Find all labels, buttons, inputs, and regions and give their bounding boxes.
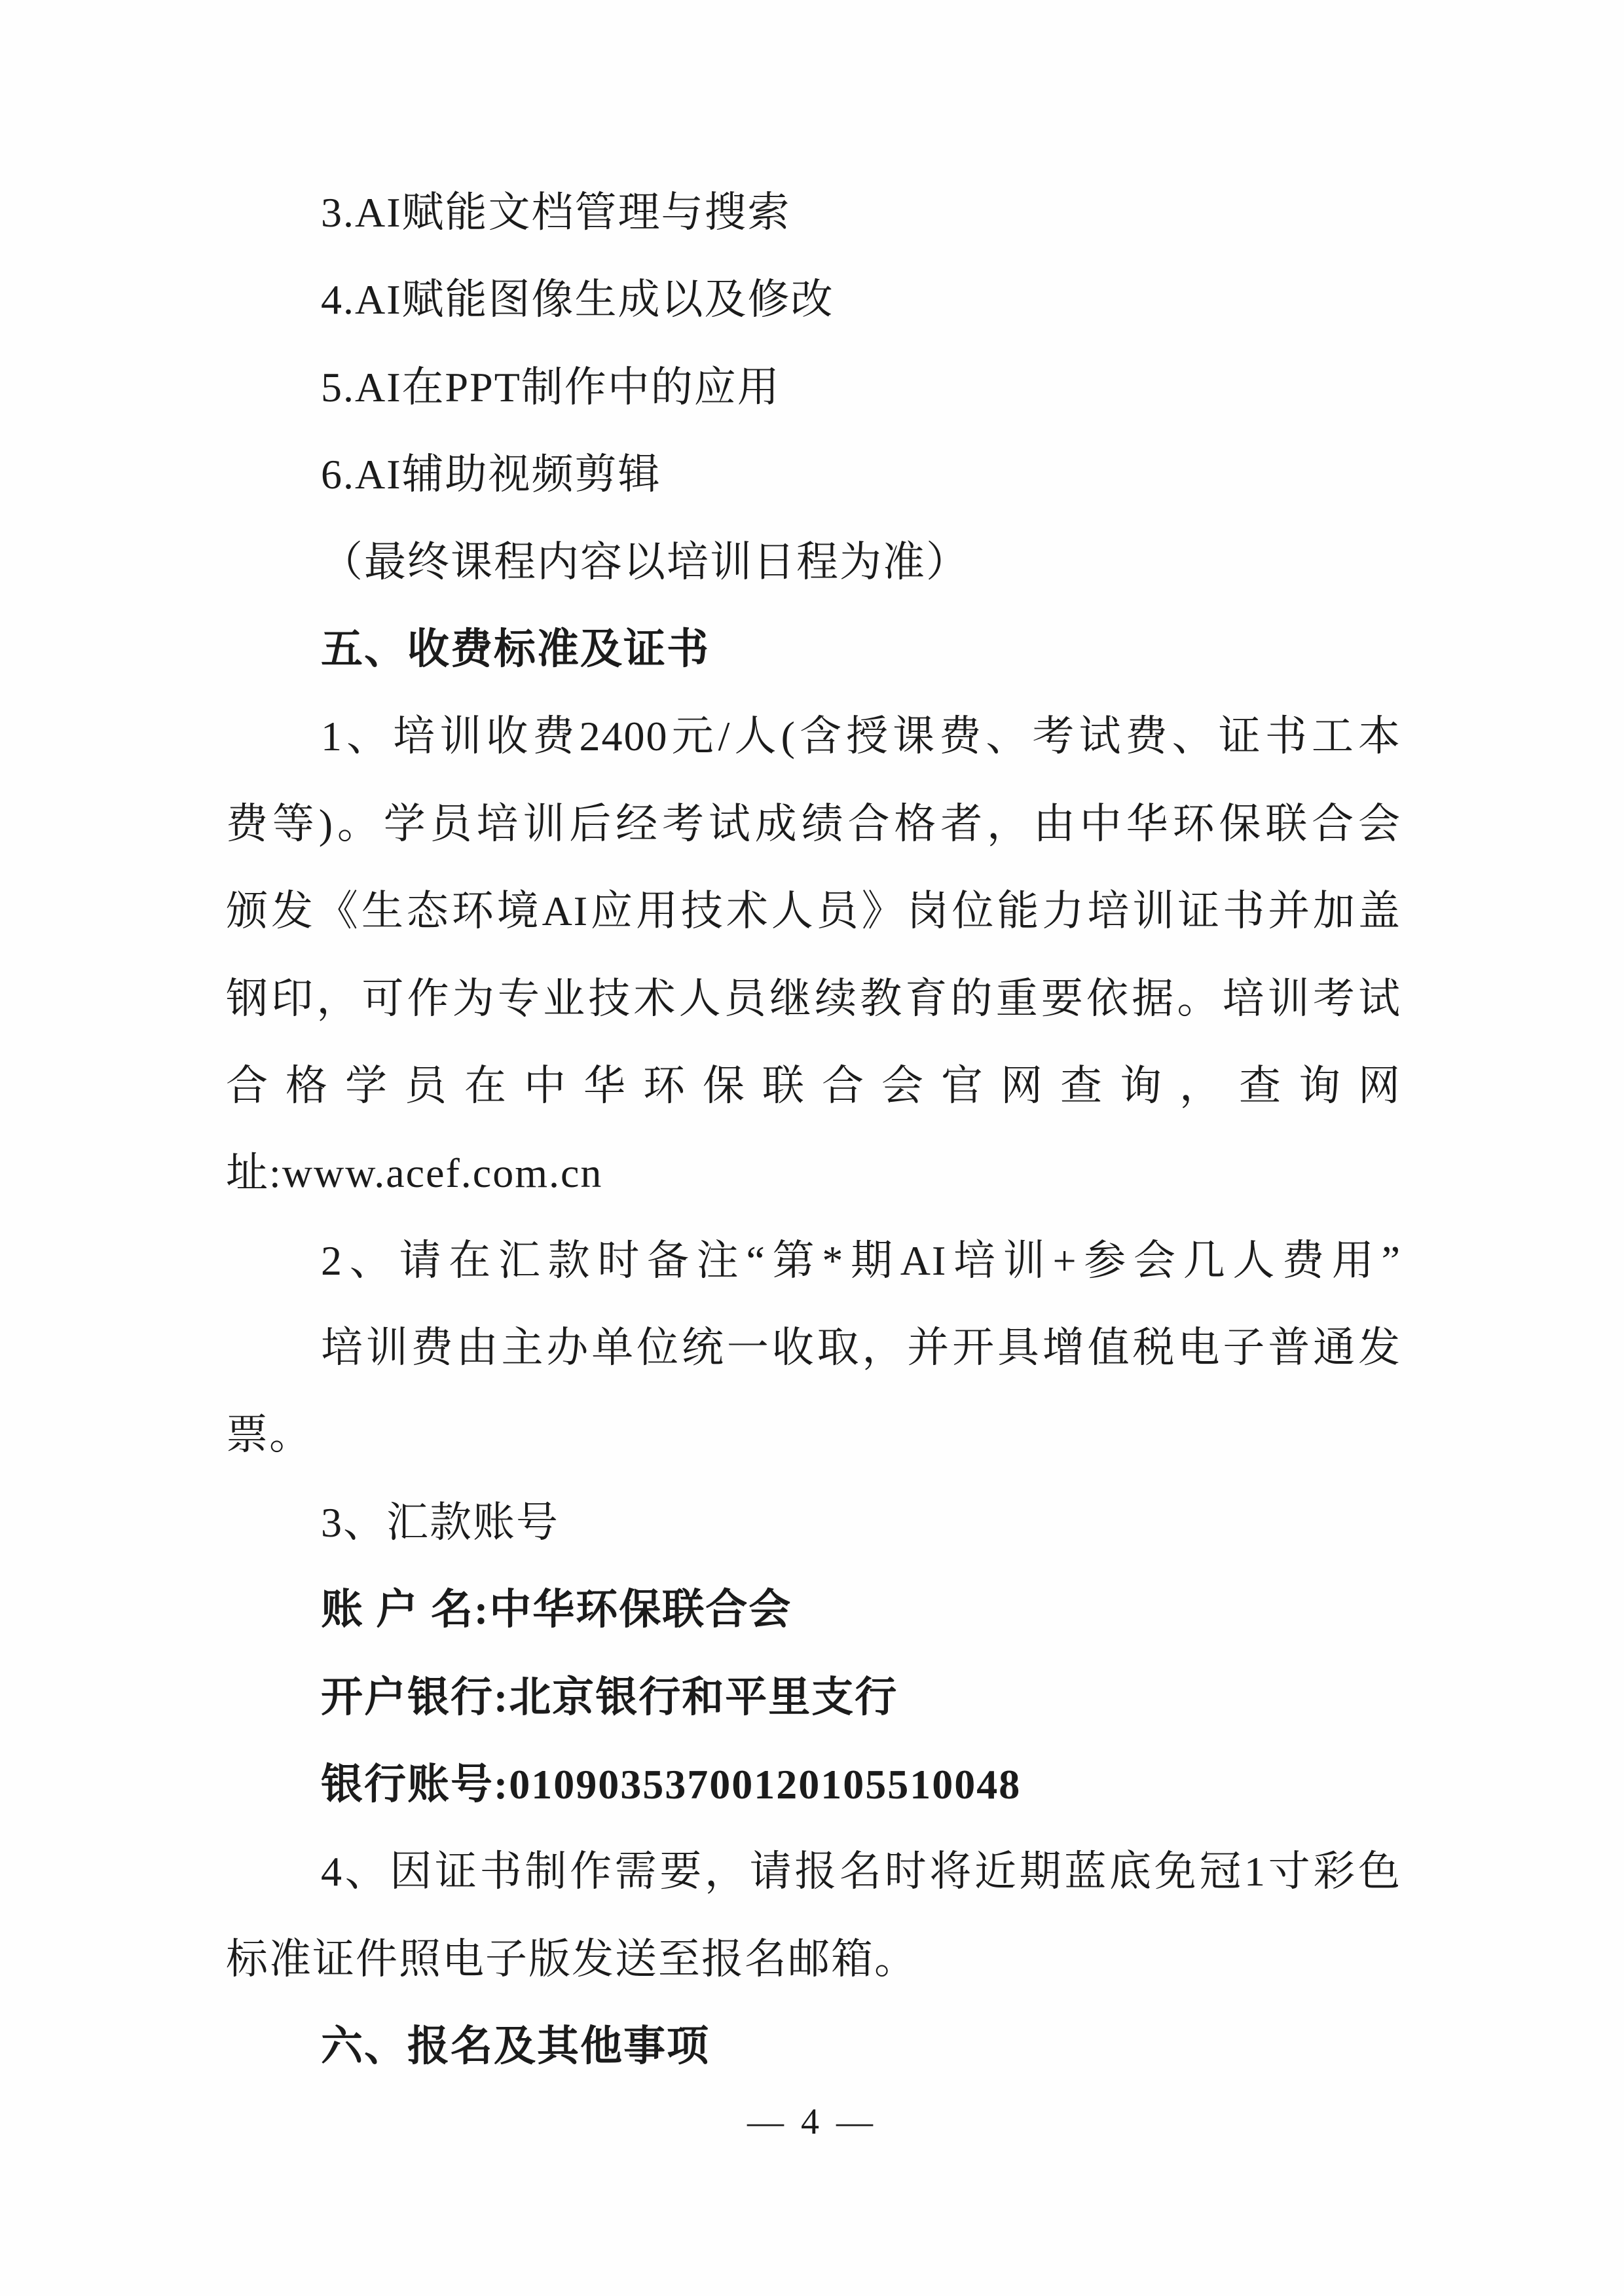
photo-requirement-line-2: 标准证件照电子版发送至报名邮箱。 — [226, 1916, 1401, 2003]
fee-paragraph-line-4: 钢印，可作为专业技术人员继续教育的重要依据。培训考试 — [226, 955, 1401, 1042]
course-content-note: （最终课程内容以培训日程为准） — [226, 519, 1401, 606]
fee-paragraph-line-1: 1、培训收费2400元/人(含授课费、考试费、证书工本 — [226, 693, 1401, 780]
section6-heading: 六、报名及其他事项 — [226, 2003, 1401, 2090]
document-body: 3.AI赋能文档管理与搜索 4.AI赋能图像生成以及修改 5.AI在PPT制作中… — [226, 169, 1401, 2090]
remittance-account-heading: 3、汇款账号 — [226, 1479, 1401, 1566]
bank-account-number: 银行账号:01090353700120105510048 — [226, 1741, 1401, 1828]
bank-branch: 开户银行:北京银行和平里支行 — [226, 1654, 1401, 1741]
query-website-url: 址:www.acef.com.cn — [226, 1129, 1401, 1216]
course-item-5: 5.AI在PPT制作中的应用 — [226, 344, 1401, 431]
document-page: 3.AI赋能文档管理与搜索 4.AI赋能图像生成以及修改 5.AI在PPT制作中… — [0, 0, 1624, 2296]
course-item-4: 4.AI赋能图像生成以及修改 — [226, 256, 1401, 343]
page-number: — 4 — — [0, 2092, 1624, 2151]
course-item-6: 6.AI辅助视频剪辑 — [226, 431, 1401, 518]
photo-requirement-line-1: 4、因证书制作需要，请报名时将近期蓝底免冠1寸彩色 — [226, 1828, 1401, 1915]
remittance-note-line: 2、请在汇款时备注“第*期AI培训+参会几人费用” — [226, 1217, 1401, 1304]
section5-heading: 五、收费标准及证书 — [226, 606, 1401, 693]
course-item-3: 3.AI赋能文档管理与搜索 — [226, 169, 1401, 256]
invoice-paragraph-line-1: 培训费由主办单位统一收取，并开具增值税电子普通发 — [226, 1304, 1401, 1391]
fee-paragraph-line-5: 合格学员在中华环保联合会官网查询，查询网 — [226, 1042, 1401, 1129]
fee-paragraph-line-2: 费等)。学员培训后经考试成绩合格者，由中华环保联合会 — [226, 780, 1401, 867]
fee-paragraph-line-3: 颁发《生态环境AI应用技术人员》岗位能力培训证书并加盖 — [226, 867, 1401, 955]
invoice-paragraph-line-2: 票。 — [226, 1391, 1401, 1478]
bank-account-name: 账 户 名:中华环保联合会 — [226, 1566, 1401, 1653]
